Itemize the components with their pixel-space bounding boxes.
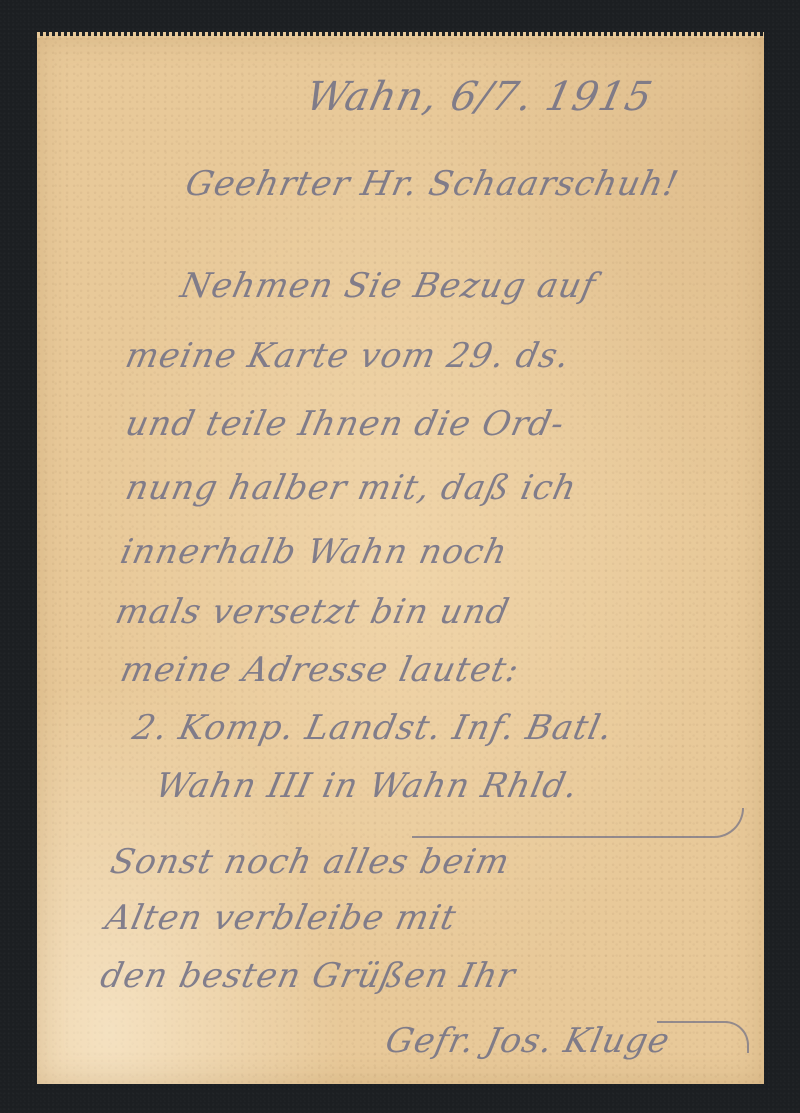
- letter-line: innerhalb Wahn noch: [117, 532, 511, 572]
- signature: Gefr. Jos. Kluge: [382, 1021, 674, 1061]
- postcard: Wahn, 6/7. 1915 Geehrter Hr. Schaarschuh…: [37, 36, 764, 1084]
- letter-line: den besten Grüßen Ihr: [97, 956, 519, 996]
- salutation: Geehrter Hr. Schaarschuh!: [182, 164, 683, 204]
- letter-line: meine Adresse lautet:: [117, 650, 523, 690]
- letter-line: und teile Ihnen die Ord-: [122, 404, 568, 444]
- letter-line: Alten verbleibe mit: [102, 898, 460, 938]
- letter-line: Sonst noch alles beim: [107, 842, 514, 882]
- address-line: Wahn III in Wahn Rhld.: [152, 766, 582, 806]
- letter-line: nung halber mit, daß ich: [122, 468, 581, 508]
- address-line: 2. Komp. Landst. Inf. Batl.: [129, 708, 616, 748]
- address-underline: [412, 808, 744, 838]
- place-date: Wahn, 6/7. 1915: [302, 74, 657, 120]
- letter-line: Nehmen Sie Bezug auf: [177, 266, 600, 306]
- signature-flourish: [657, 1021, 749, 1053]
- letter-line: meine Karte vom 29. ds.: [122, 336, 574, 376]
- perforated-edge: [37, 32, 764, 38]
- letter-line: mals versetzt bin und: [112, 592, 513, 632]
